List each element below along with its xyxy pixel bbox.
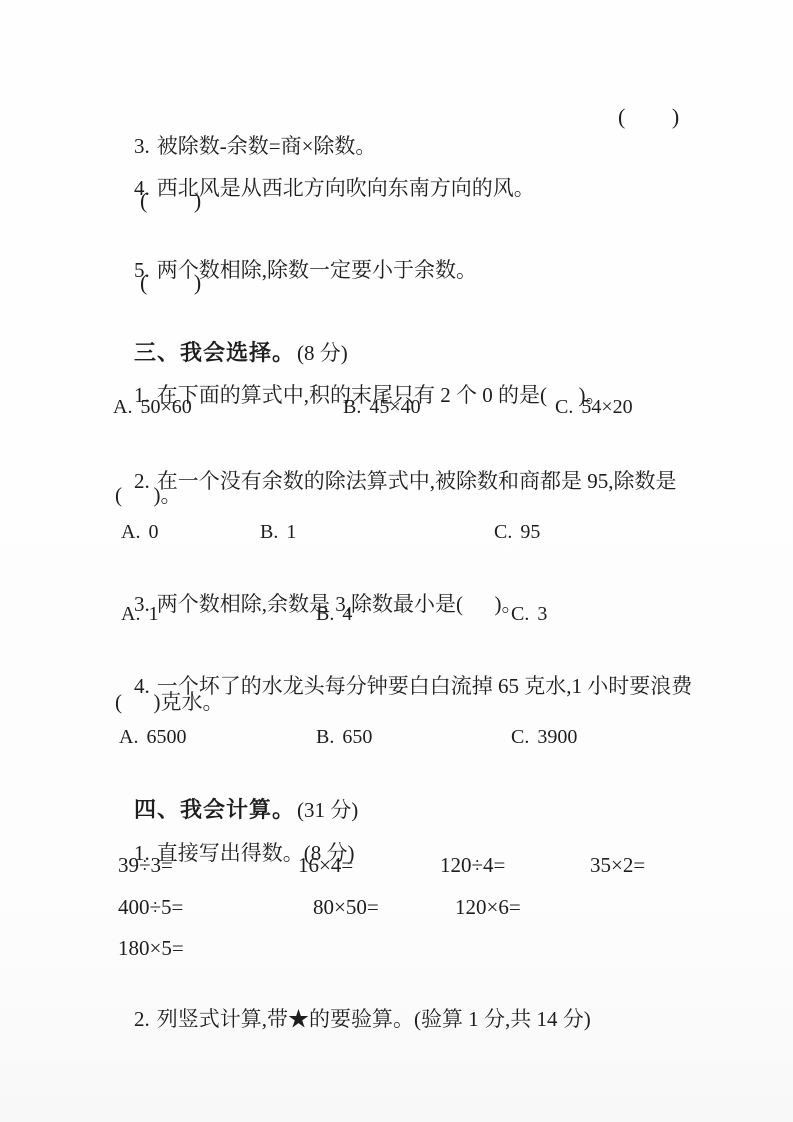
option-value: 95 <box>520 521 540 543</box>
option-value: 6500 <box>146 726 186 748</box>
calc-expression: 120×6= <box>455 895 521 920</box>
question-text: 列竖式计算,带★的要验算。 <box>157 1007 414 1031</box>
question-text: 西北风是从西北方向吹向东南方向的风。 <box>157 176 535 200</box>
options-row-q3: A.1 B.4 C.3 <box>0 603 793 631</box>
option-value: 1 <box>286 521 296 543</box>
answer-blank-parens: ( ) <box>140 187 202 215</box>
option-label: C. <box>555 396 573 418</box>
oral-calc-row-3: 180×5= <box>0 936 793 964</box>
option-value: 3 <box>537 603 547 625</box>
option-label: B. <box>260 521 278 543</box>
calc-expression: 120÷4= <box>440 853 505 878</box>
option-value: 54×20 <box>581 396 632 418</box>
oral-calc-row-1: 39÷3= 16×4= 120÷4= 35×2= <box>0 853 793 881</box>
option-label: A. <box>113 396 132 418</box>
question-number: 2. <box>134 1005 150 1033</box>
option-label: C. <box>511 726 529 748</box>
option-label: B. <box>343 396 361 418</box>
calc-expression: 35×2= <box>590 853 645 878</box>
question-text: 两个数相除,除数一定要小于余数。 <box>157 258 477 282</box>
calc-expression: 39÷3= <box>118 853 173 878</box>
calc-expression: 180×5= <box>118 936 184 961</box>
option-b: B.45×40 <box>343 396 421 419</box>
option-value: 0 <box>148 521 158 543</box>
question-text: 在一个没有余数的除法算式中,被除数和商都是 95,除数是 <box>157 469 677 493</box>
option-value: 45×40 <box>369 396 420 418</box>
option-label: C. <box>511 603 529 625</box>
option-b: B.4 <box>316 603 352 626</box>
option-a: A.1 <box>121 603 158 626</box>
option-c: C.3 <box>511 603 547 626</box>
option-a: A.6500 <box>119 726 186 749</box>
question-text-continued: ( )。 <box>115 481 182 509</box>
question-text-continued: ( )克水。 <box>115 688 224 716</box>
option-value: 3900 <box>537 726 577 748</box>
option-value: 50×60 <box>140 396 191 418</box>
option-c: C.3900 <box>511 726 577 749</box>
calc-expression: 16×4= <box>298 853 353 878</box>
options-row-q2: A.0 B.1 C.95 <box>0 521 793 549</box>
calc-expression: 80×50= <box>313 895 379 920</box>
option-label: A. <box>119 726 138 748</box>
option-b: B.1 <box>260 521 296 544</box>
option-a: A.50×60 <box>113 396 192 419</box>
option-c: C.54×20 <box>555 396 633 419</box>
answer-blank-parens: ( ) <box>140 269 202 297</box>
worksheet-page: 3.被除数-余数=商×除数。 ( ) 4.西北风是从西北方向吹向东南方向的风。 … <box>0 0 793 1122</box>
choice-question-2: 2.在一个没有余数的除法算式中,被除数和商都是 95,除数是 <box>113 439 677 523</box>
option-label: C. <box>494 521 512 543</box>
option-label: B. <box>316 603 334 625</box>
options-row-q1: A.50×60 B.45×40 C.54×20 <box>0 396 793 424</box>
option-label: B. <box>316 726 334 748</box>
oral-calc-row-2: 400÷5= 80×50= 120×6= <box>0 895 793 923</box>
question-score: (验算 1 分,共 14 分) <box>414 1007 591 1031</box>
answer-blank-parens: ( ) <box>618 103 680 131</box>
option-label: A. <box>121 521 140 543</box>
options-row-q4: A.6500 B.650 C.3900 <box>0 726 793 754</box>
option-value: 650 <box>342 726 372 748</box>
option-label: A. <box>121 603 140 625</box>
question-text: 一个坏了的水龙头每分钟要白白流掉 65 克水,1 小时要浪费 <box>157 674 693 698</box>
choice-question-1: 1.在下面的算式中,积的末尾只有 2 个 0 的是( )。 <box>113 353 607 437</box>
subquestion-2: 2.列竖式计算,带★的要验算。(验算 1 分,共 14 分) <box>113 977 591 1061</box>
calc-expression: 400÷5= <box>118 895 183 920</box>
option-value: 4 <box>342 603 352 625</box>
option-b: B.650 <box>316 726 372 749</box>
option-c: C.95 <box>494 521 540 544</box>
option-value: 1 <box>148 603 158 625</box>
option-a: A.0 <box>121 521 158 544</box>
